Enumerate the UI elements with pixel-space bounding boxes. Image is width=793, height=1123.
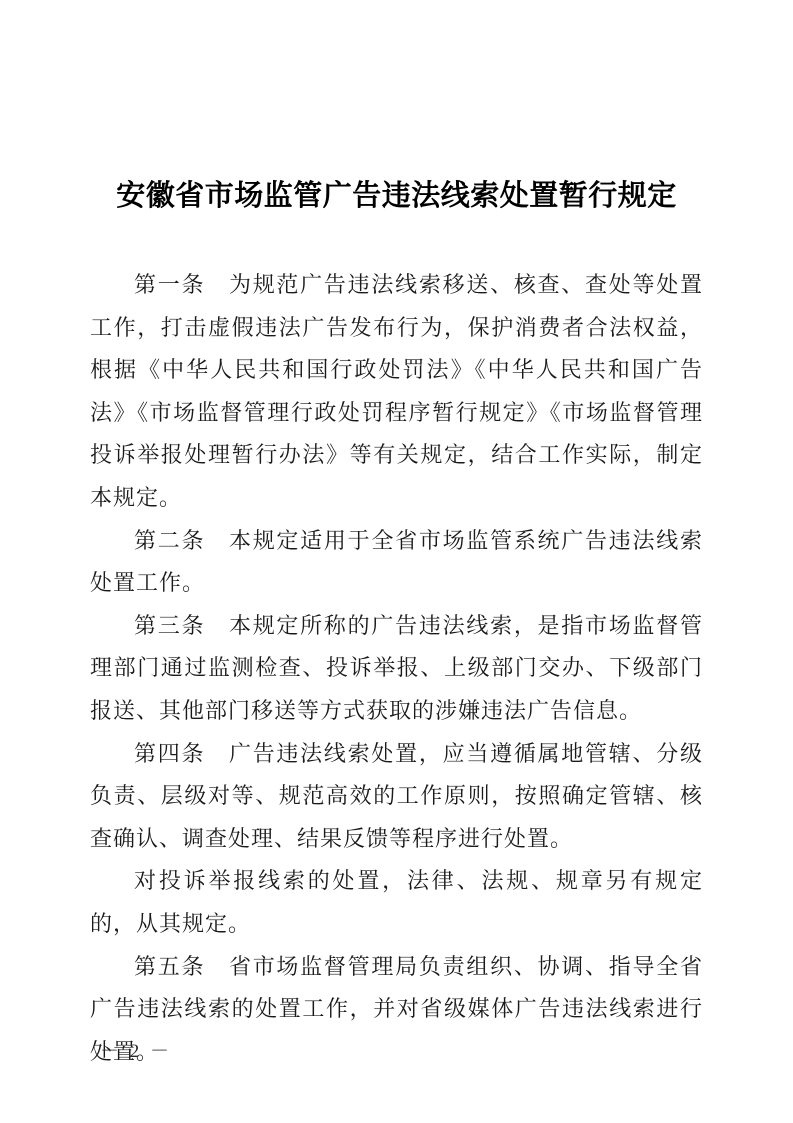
paragraph-article-4: 第四条 广告违法线索处置，应当遵循属地管辖、分级负责、层级对等、规范高效的工作原… bbox=[90, 733, 703, 861]
document-title: 安徽省市场监管广告违法线索处置暂行规定 bbox=[0, 0, 793, 212]
paragraph-article-3: 第三条 本规定所称的广告违法线索，是指市场监督管理部门通过监测检查、投诉举报、上… bbox=[90, 605, 703, 733]
page-number: － 2 － bbox=[100, 1036, 172, 1063]
paragraph-article-1: 第一条 为规范广告违法线索移送、核查、查处等处置工作，打击虚假违法广告发布行为，… bbox=[90, 264, 703, 520]
document-page: 安徽省市场监管广告违法线索处置暂行规定 第一条 为规范广告违法线索移送、核查、查… bbox=[0, 0, 793, 1123]
paragraph-article-4-continuation: 对投诉举报线索的处置，法律、法规、规章另有规定的，从其规定。 bbox=[90, 860, 703, 945]
document-body: 第一条 为规范广告违法线索移送、核查、查处等处置工作，打击虚假违法广告发布行为，… bbox=[90, 264, 703, 1073]
paragraph-article-5: 第五条 省市场监督管理局负责组织、协调、指导全省广告违法线索的处置工作，并对省级… bbox=[90, 946, 703, 1074]
paragraph-article-2: 第二条 本规定适用于全省市场监管系统广告违法线索处置工作。 bbox=[90, 520, 703, 605]
